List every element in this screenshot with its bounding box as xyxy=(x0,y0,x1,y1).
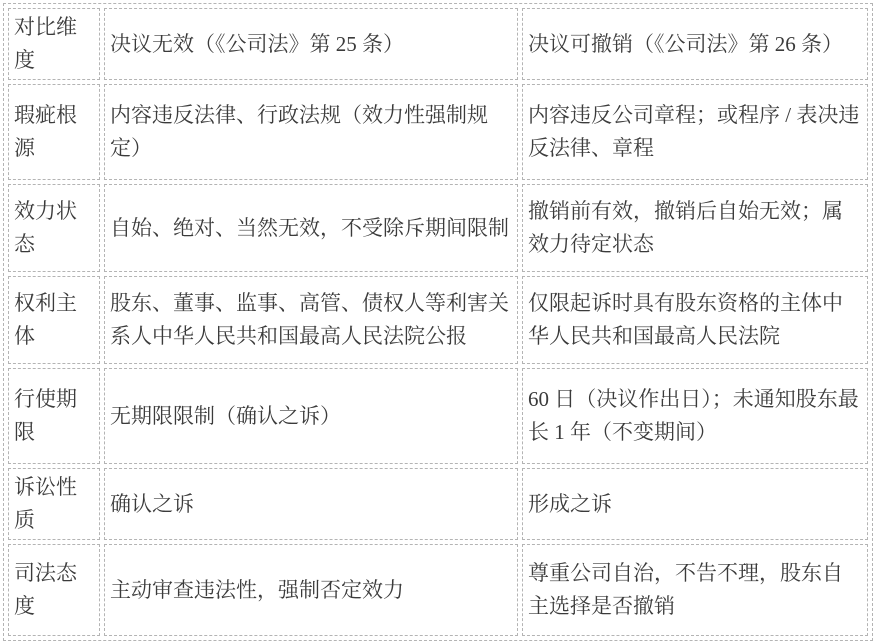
table-row: 瑕疵根源 内容违反法律、行政法规（效力性强制规定） 内容违反公司章程；或程序 /… xyxy=(8,84,868,180)
row-header-cell: 效力状态 xyxy=(8,184,100,272)
table-row: 行使期限 无期限限制（确认之诉） 60 日（决议作出日）；未通知股东最长 1 年… xyxy=(8,368,868,464)
column-header-invalid: 决议无效（《公司法》第 25 条） xyxy=(104,8,518,80)
table-row: 权利主体 股东、董事、监事、高管、债权人等利害关系人中华人民共和国最高人民法院公… xyxy=(8,276,868,364)
cell-revocable: 尊重公司自治，不告不理，股东自主选择是否撤销 xyxy=(522,544,868,636)
cell-revocable: 形成之诉 xyxy=(522,468,868,540)
table-row: 司法态度 主动审查违法性，强制否定效力 尊重公司自治，不告不理，股东自主选择是否… xyxy=(8,544,868,636)
row-header-cell: 行使期限 xyxy=(8,368,100,464)
row-header-cell: 权利主体 xyxy=(8,276,100,364)
comparison-table: 对比维度 决议无效（《公司法》第 25 条） 决议可撤销（《公司法》第 26 条… xyxy=(3,3,873,641)
cell-invalid: 内容违反法律、行政法规（效力性强制规定） xyxy=(104,84,518,180)
cell-revocable: 撤销前有效，撤销后自始无效；属效力待定状态 xyxy=(522,184,868,272)
document-page: 对比维度 决议无效（《公司法》第 25 条） 决议可撤销（《公司法》第 26 条… xyxy=(0,0,876,612)
cell-revocable: 内容违反公司章程；或程序 / 表决违反法律、章程 xyxy=(522,84,868,180)
cell-invalid: 自始、绝对、当然无效，不受除斥期间限制 xyxy=(104,184,518,272)
header-row: 对比维度 决议无效（《公司法》第 25 条） 决议可撤销（《公司法》第 26 条… xyxy=(8,8,868,80)
column-header-revocable: 决议可撤销（《公司法》第 26 条） xyxy=(522,8,868,80)
table-row: 效力状态 自始、绝对、当然无效，不受除斥期间限制 撤销前有效，撤销后自始无效；属… xyxy=(8,184,868,272)
cell-invalid: 主动审查违法性，强制否定效力 xyxy=(104,544,518,636)
cell-invalid: 确认之诉 xyxy=(104,468,518,540)
row-header-cell: 瑕疵根源 xyxy=(8,84,100,180)
cell-invalid: 股东、董事、监事、高管、债权人等利害关系人中华人民共和国最高人民法院公报 xyxy=(104,276,518,364)
row-header-cell: 诉讼性质 xyxy=(8,468,100,540)
row-header-cell: 司法态度 xyxy=(8,544,100,636)
cell-invalid: 无期限限制（确认之诉） xyxy=(104,368,518,464)
cell-revocable: 60 日（决议作出日）；未通知股东最长 1 年（不变期间） xyxy=(522,368,868,464)
table-row: 诉讼性质 确认之诉 形成之诉 xyxy=(8,468,868,540)
column-header-dimension: 对比维度 xyxy=(8,8,100,80)
cell-revocable: 仅限起诉时具有股东资格的主体中华人民共和国最高人民法院 xyxy=(522,276,868,364)
